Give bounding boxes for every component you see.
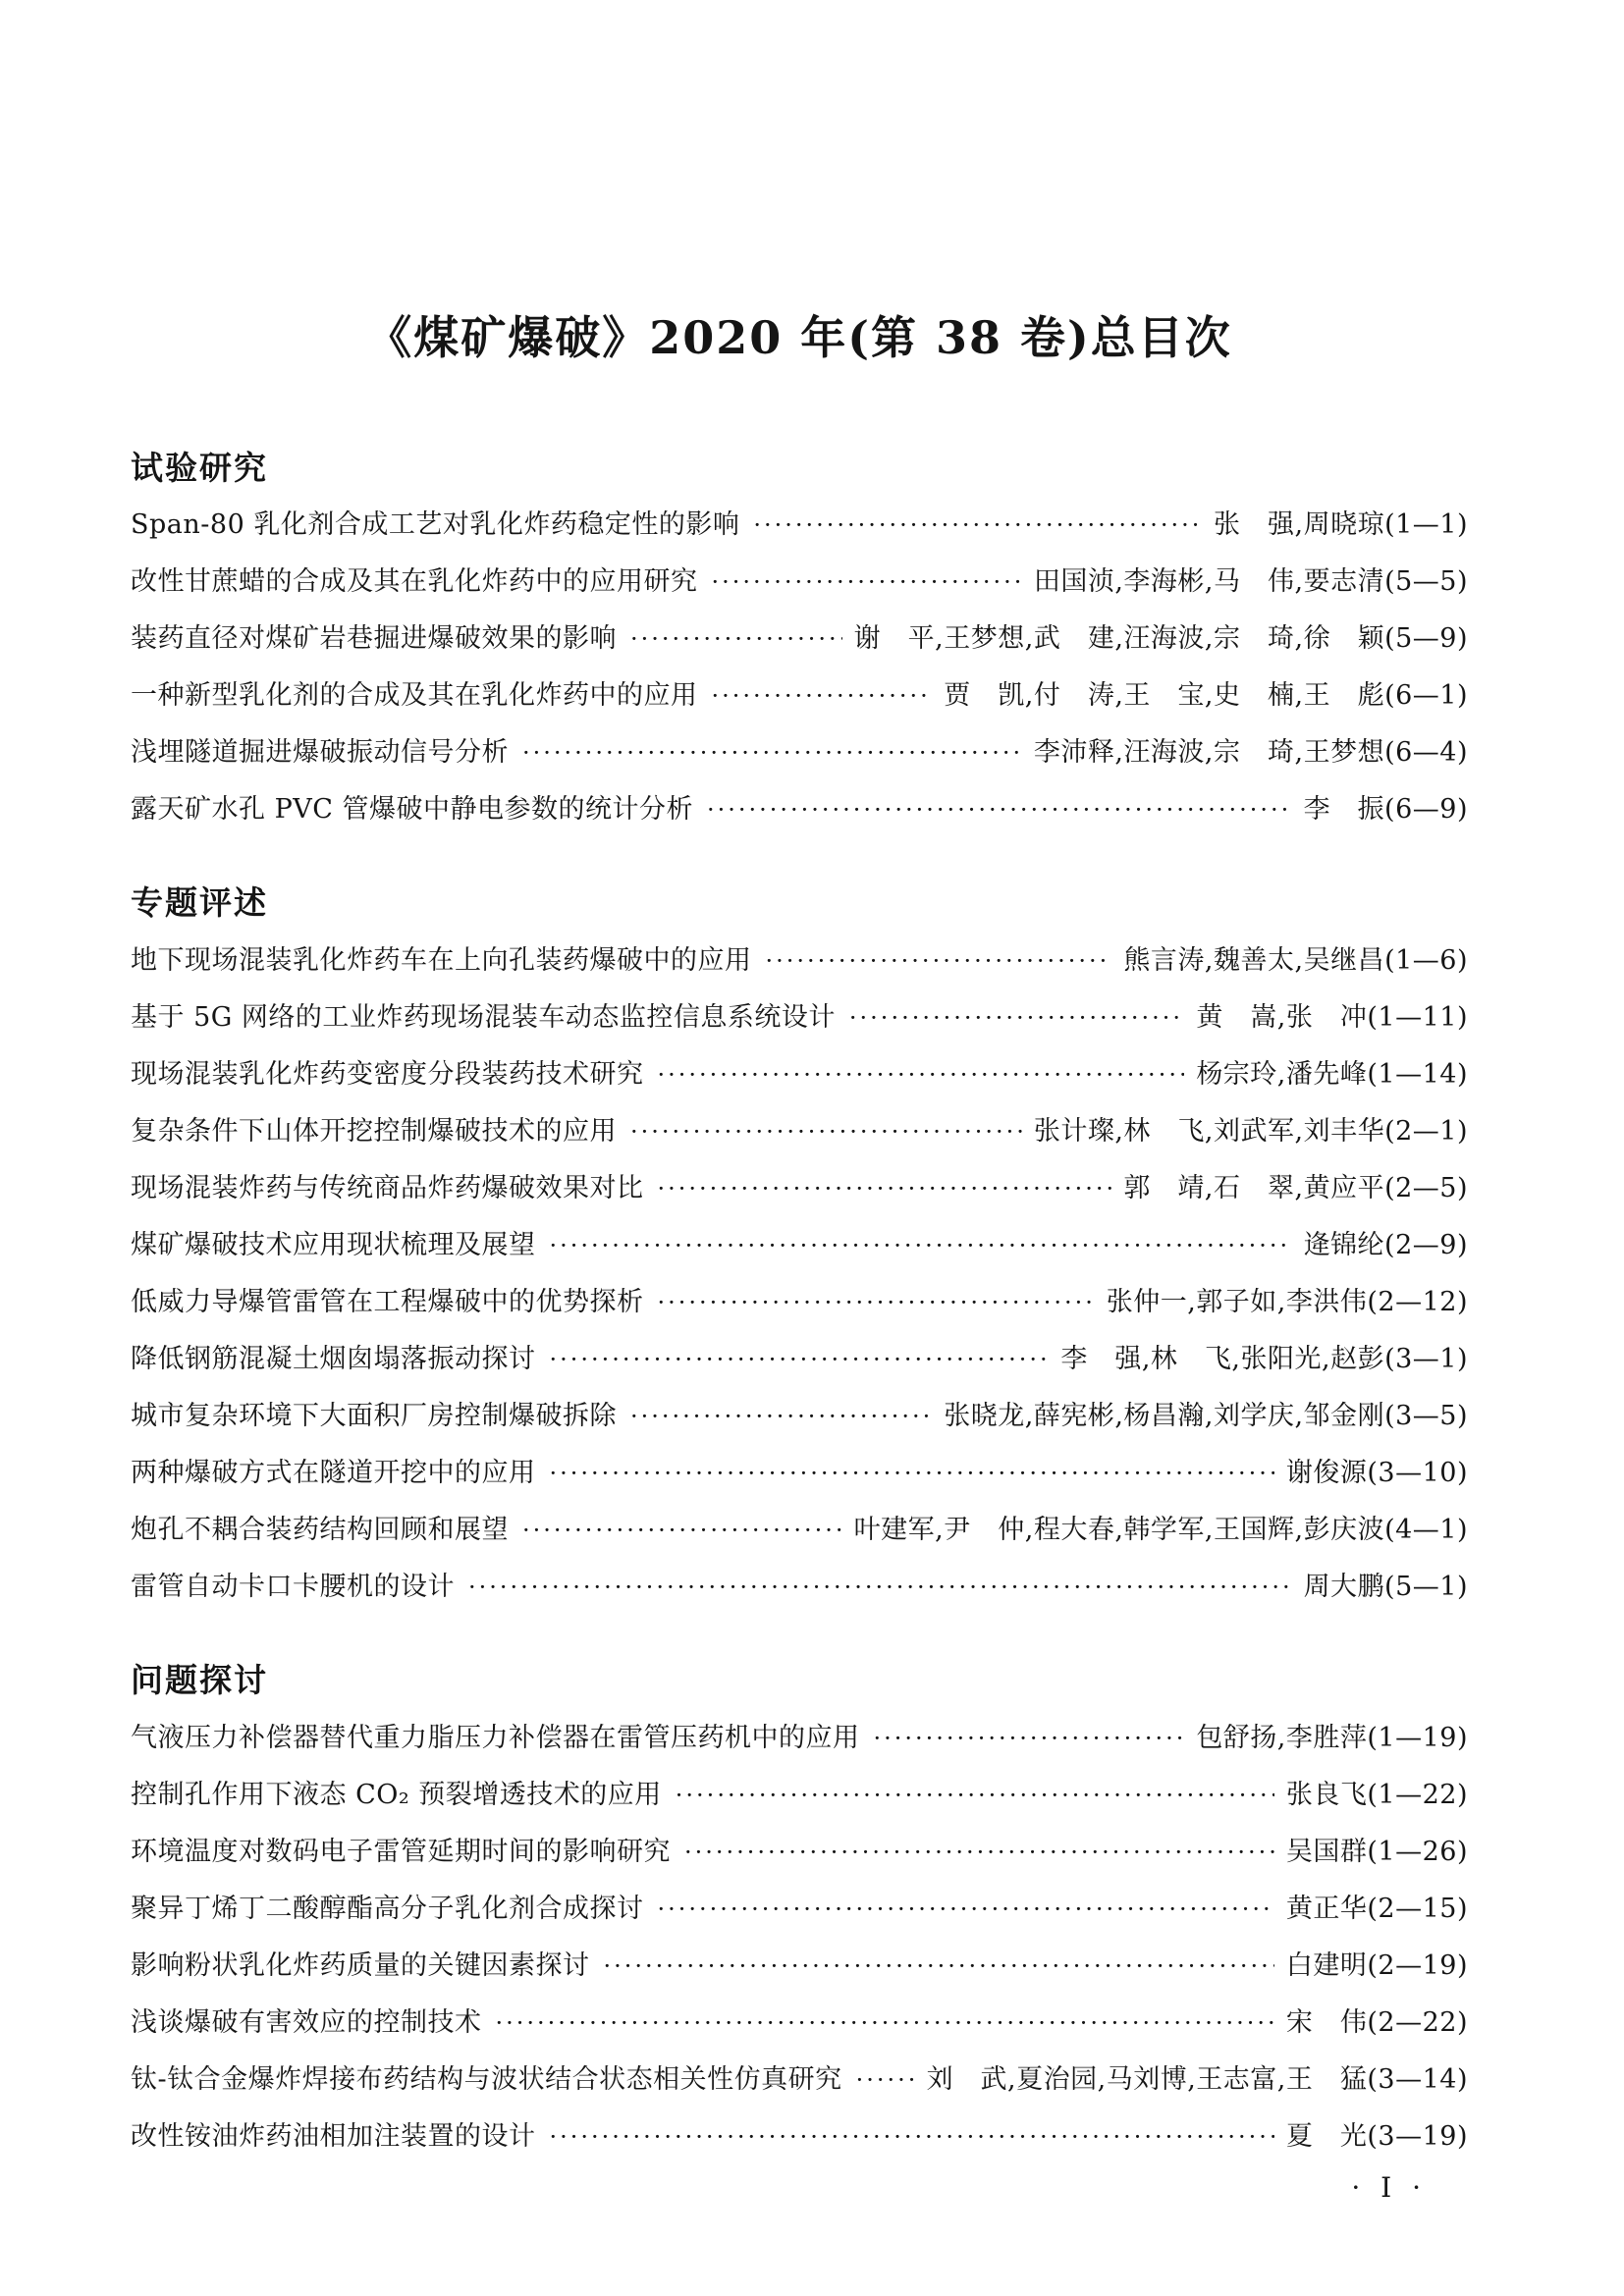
dot-leader [496, 1995, 1274, 2052]
dot-leader [630, 611, 842, 667]
toc-entry: 现场混装乳化炸药变密度分段装药技术研究 杨宗玲,潘先峰(1—14) [131, 1046, 1468, 1103]
dot-leader [550, 2109, 1274, 2165]
dot-leader [712, 667, 933, 724]
toc-entry: 环境温度对数码电子雷管延期时间的影响研究 吴国群(1—26) [131, 1824, 1468, 1881]
dot-leader [522, 1502, 842, 1559]
entry-title: 煤矿爆破技术应用现状梳理及展望 [131, 1217, 536, 1273]
entry-authors: 宋 伟(2—22) [1286, 1995, 1468, 2051]
toc-entry: 改性甘蔗蜡的合成及其在乳化炸药中的应用研究 田国浈,李海彬,马 伟,要志清(5—… [131, 554, 1468, 611]
entry-authors: 张计璨,林 飞,刘武军,刘丰华(2—1) [1034, 1103, 1468, 1159]
entry-title: 浅谈爆破有害效应的控制技术 [131, 1995, 482, 2051]
entry-title: 装药直径对煤矿岩巷掘进爆破效果的影响 [131, 611, 617, 667]
entry-title: 钛-钛合金爆炸焊接布药结构与波状结合状态相关性仿真研究 [131, 2052, 842, 2108]
entry-authors: 李沛释,汪海波,宗 琦,王梦想(6—4) [1034, 724, 1468, 780]
toc-entry: 降低钢筋混凝土烟囱塌落振动探讨 李 强,林 飞,张阳光,赵彭(3—1) [131, 1331, 1468, 1388]
toc-entry: 两种爆破方式在隧道开挖中的应用 谢俊源(3—10) [131, 1445, 1468, 1502]
toc-section: 试验研究 Span-80 乳化剂合成工艺对乳化炸药稳定性的影响 张 强,周晓琼(… [131, 449, 1468, 839]
toc-entry: 聚异丁烯丁二酸醇酯高分子乳化剂合成探讨 黄正华(2—15) [131, 1881, 1468, 1938]
section-entries: Span-80 乳化剂合成工艺对乳化炸药稳定性的影响 张 强,周晓琼(1—1) … [131, 497, 1468, 838]
entry-title: 复杂条件下山体开挖控制爆破技术的应用 [131, 1103, 617, 1159]
entry-authors: 李 振(6—9) [1304, 781, 1468, 837]
entry-title: 环境温度对数码电子雷管延期时间的影响研究 [131, 1824, 671, 1880]
toc-entry: 地下现场混装乳化炸药车在上向孔装药爆破中的应用 熊言涛,魏善太,吴继昌(1—6) [131, 933, 1468, 989]
entry-title: 两种爆破方式在隧道开挖中的应用 [131, 1445, 536, 1501]
dot-leader [676, 1767, 1274, 1824]
entry-authors: 叶建军,尹 仲,程大春,韩学军,王国辉,彭庆波(4—1) [854, 1502, 1468, 1558]
dot-leader [753, 497, 1202, 554]
toc-entry: 雷管自动卡口卡腰机的设计 周大鹏(5—1) [131, 1559, 1468, 1616]
toc-entry: 钛-钛合金爆炸焊接布药结构与波状结合状态相关性仿真研究 刘 武,夏治园,马刘博,… [131, 2052, 1468, 2109]
entry-title: 聚异丁烯丁二酸醇酯高分子乳化剂合成探讨 [131, 1881, 644, 1937]
dot-leader [522, 724, 1022, 781]
dot-leader [707, 781, 1292, 838]
entry-authors: 黄正华(2—15) [1286, 1881, 1468, 1937]
entry-title: 浅埋隧道掘进爆破振动信号分析 [131, 724, 509, 780]
toc-entry: 城市复杂环境下大面积厂房控制爆破拆除 张晓龙,薛宪彬,杨昌瀚,刘学庆,邹金刚(3… [131, 1388, 1468, 1445]
entry-authors: 谢俊源(3—10) [1286, 1445, 1468, 1501]
dot-leader [550, 1331, 1050, 1388]
toc-entry: 装药直径对煤矿岩巷掘进爆破效果的影响 谢 平,王梦想,武 建,汪海波,宗 琦,徐… [131, 611, 1468, 667]
entry-title: 气液压力补偿器替代重力脂压力补偿器在雷管压药机中的应用 [131, 1710, 860, 1766]
entry-authors: 白建明(2—19) [1286, 1938, 1468, 1994]
dot-leader [604, 1938, 1274, 1995]
section-heading: 专题评述 [131, 883, 1468, 923]
entry-title: 影响粉状乳化炸药质量的关键因素探讨 [131, 1938, 590, 1994]
entry-title: 改性铵油炸药油相加注装置的设计 [131, 2109, 536, 2164]
dot-leader [550, 1217, 1292, 1274]
dot-leader [856, 2052, 915, 2109]
dot-leader [550, 1445, 1274, 1502]
section-entries: 气液压力补偿器替代重力脂压力补偿器在雷管压药机中的应用 包舒扬,李胜萍(1—19… [131, 1710, 1468, 2165]
entry-title: 改性甘蔗蜡的合成及其在乳化炸药中的应用研究 [131, 554, 698, 610]
toc-entry: Span-80 乳化剂合成工艺对乳化炸药稳定性的影响 张 强,周晓琼(1—1) [131, 497, 1468, 554]
section-entries: 地下现场混装乳化炸药车在上向孔装药爆破中的应用 熊言涛,魏善太,吴继昌(1—6)… [131, 933, 1468, 1616]
entry-authors: 包舒扬,李胜萍(1—19) [1196, 1710, 1468, 1766]
entry-title: 雷管自动卡口卡腰机的设计 [131, 1559, 455, 1615]
entry-authors: 张晓龙,薛宪彬,杨昌瀚,刘学庆,邹金刚(3—5) [944, 1388, 1468, 1444]
entry-authors: 张良飞(1—22) [1286, 1767, 1468, 1823]
entry-authors: 张仲一,郭子如,李洪伟(2—12) [1107, 1274, 1468, 1330]
entry-title: 现场混装乳化炸药变密度分段装药技术研究 [131, 1046, 644, 1102]
sections: 试验研究 Span-80 乳化剂合成工艺对乳化炸药稳定性的影响 张 强,周晓琼(… [131, 449, 1468, 2165]
dot-leader [658, 1881, 1274, 1938]
dot-leader [630, 1103, 1022, 1160]
toc-entry: 现场混装炸药与传统商品炸药爆破效果对比 郭 靖,石 翠,黄应平(2—5) [131, 1160, 1468, 1217]
entry-authors: 熊言涛,魏善太,吴继昌(1—6) [1123, 933, 1468, 988]
toc-entry: 影响粉状乳化炸药质量的关键因素探讨 白建明(2—19) [131, 1938, 1468, 1995]
entry-authors: 杨宗玲,潘先峰(1—14) [1196, 1046, 1468, 1102]
page-number: · I · [131, 2171, 1468, 2205]
dot-leader [849, 989, 1184, 1046]
toc-entry: 一种新型乳化剂的合成及其在乳化炸药中的应用 贾 凯,付 涛,王 宝,史 楠,王 … [131, 667, 1468, 724]
entry-authors: 谢 平,王梦想,武 建,汪海波,宗 琦,徐 颖(5—9) [854, 611, 1468, 667]
entry-title: 控制孔作用下液态 CO₂ 预裂增透技术的应用 [131, 1767, 662, 1823]
entry-authors: 逄锦纶(2—9) [1304, 1217, 1468, 1273]
entry-authors: 周大鹏(5—1) [1304, 1559, 1468, 1615]
section-heading: 试验研究 [131, 449, 1468, 488]
dot-leader [874, 1710, 1185, 1767]
entry-title: 基于 5G 网络的工业炸药现场混装车动态监控信息系统设计 [131, 989, 836, 1045]
toc-section: 专题评述 地下现场混装乳化炸药车在上向孔装药爆破中的应用 熊言涛,魏善太,吴继昌… [131, 883, 1468, 1616]
dot-leader [658, 1160, 1112, 1217]
toc-entry: 浅谈爆破有害效应的控制技术 宋 伟(2—22) [131, 1995, 1468, 2052]
entry-title: 城市复杂环境下大面积厂房控制爆破拆除 [131, 1388, 617, 1444]
dot-leader [712, 554, 1022, 611]
toc-section: 问题探讨 气液压力补偿器替代重力脂压力补偿器在雷管压药机中的应用 包舒扬,李胜萍… [131, 1661, 1468, 2165]
toc-entry: 露天矿水孔 PVC 管爆破中静电参数的统计分析 李 振(6—9) [131, 781, 1468, 838]
journal-toc-page: 《煤矿爆破》2020 年(第 38 卷)总目次 试验研究 Span-80 乳化剂… [131, 0, 1468, 2204]
entry-title: 一种新型乳化剂的合成及其在乳化炸药中的应用 [131, 667, 698, 723]
entry-title: Span-80 乳化剂合成工艺对乳化炸药稳定性的影响 [131, 497, 739, 553]
toc-entry: 低威力导爆管雷管在工程爆破中的优势探析 张仲一,郭子如,李洪伟(2—12) [131, 1274, 1468, 1331]
page-title: 《煤矿爆破》2020 年(第 38 卷)总目次 [131, 312, 1468, 364]
toc-entry: 改性铵油炸药油相加注装置的设计 夏 光(3—19) [131, 2109, 1468, 2165]
entry-authors: 田国浈,李海彬,马 伟,要志清(5—5) [1034, 554, 1468, 610]
section-heading: 问题探讨 [131, 1661, 1468, 1700]
dot-leader [658, 1046, 1185, 1103]
toc-entry: 浅埋隧道掘进爆破振动信号分析 李沛释,汪海波,宗 琦,王梦想(6—4) [131, 724, 1468, 781]
entry-title: 露天矿水孔 PVC 管爆破中静电参数的统计分析 [131, 781, 693, 837]
toc-entry: 炮孔不耦合装药结构回顾和展望 叶建军,尹 仲,程大春,韩学军,王国辉,彭庆波(4… [131, 1502, 1468, 1559]
entry-authors: 夏 光(3—19) [1286, 2109, 1468, 2164]
entry-authors: 吴国群(1—26) [1286, 1824, 1468, 1880]
entry-authors: 刘 武,夏治园,马刘博,王志富,王 猛(3—14) [927, 2052, 1468, 2108]
entry-title: 炮孔不耦合装药结构回顾和展望 [131, 1502, 509, 1558]
dot-leader [684, 1824, 1274, 1881]
dot-leader [630, 1388, 932, 1445]
entry-title: 现场混装炸药与传统商品炸药爆破效果对比 [131, 1160, 644, 1216]
toc-entry: 控制孔作用下液态 CO₂ 预裂增透技术的应用 张良飞(1—22) [131, 1767, 1468, 1824]
entry-title: 降低钢筋混凝土烟囱塌落振动探讨 [131, 1331, 536, 1387]
entry-authors: 李 强,林 飞,张阳光,赵彭(3—1) [1060, 1331, 1468, 1387]
entry-authors: 张 强,周晓琼(1—1) [1214, 497, 1468, 553]
entry-title: 地下现场混装乳化炸药车在上向孔装药爆破中的应用 [131, 933, 752, 988]
entry-title: 低威力导爆管雷管在工程爆破中的优势探析 [131, 1274, 644, 1330]
toc-entry: 基于 5G 网络的工业炸药现场混装车动态监控信息系统设计 黄 嵩,张 冲(1—1… [131, 989, 1468, 1046]
toc-entry: 复杂条件下山体开挖控制爆破技术的应用 张计璨,林 飞,刘武军,刘丰华(2—1) [131, 1103, 1468, 1160]
toc-entry: 气液压力补偿器替代重力脂压力补偿器在雷管压药机中的应用 包舒扬,李胜萍(1—19… [131, 1710, 1468, 1767]
entry-authors: 贾 凯,付 涛,王 宝,史 楠,王 彪(6—1) [944, 667, 1468, 723]
dot-leader [766, 933, 1112, 989]
entry-authors: 郭 靖,石 翠,黄应平(2—5) [1123, 1160, 1468, 1216]
dot-leader [468, 1559, 1292, 1616]
toc-entry: 煤矿爆破技术应用现状梳理及展望 逄锦纶(2—9) [131, 1217, 1468, 1274]
dot-leader [658, 1274, 1095, 1331]
entry-authors: 黄 嵩,张 冲(1—11) [1196, 989, 1468, 1045]
